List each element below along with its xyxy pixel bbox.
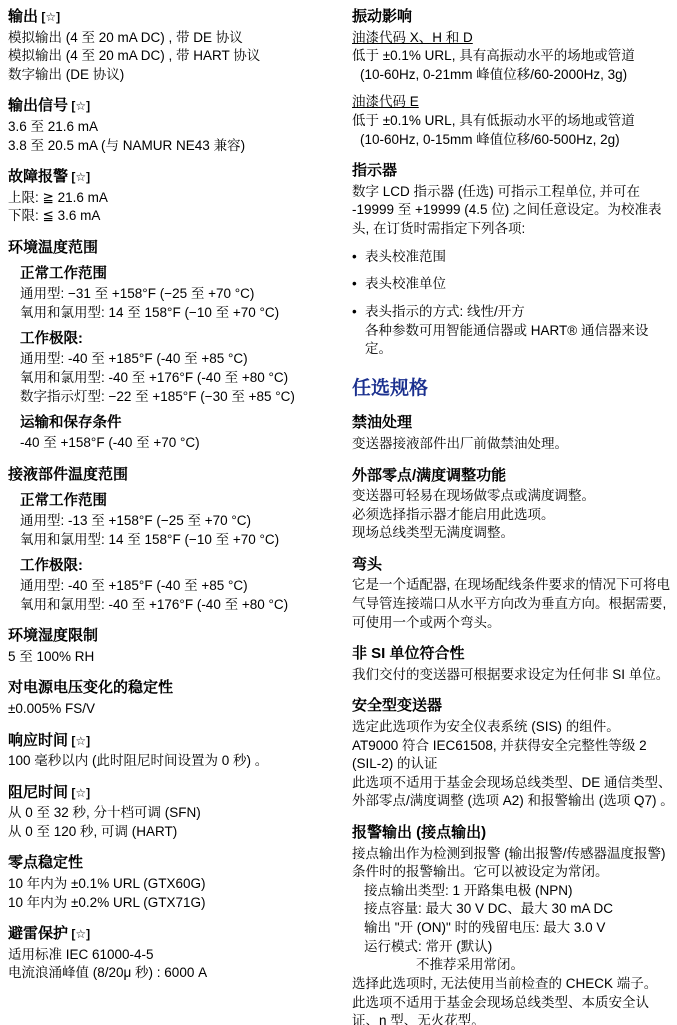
section-heading: 环境温度范围	[8, 238, 338, 258]
sub-heading: 正常工作范围	[8, 265, 338, 284]
star-icon: [☆]	[68, 927, 90, 941]
sub-heading: 工作极限:	[8, 330, 338, 349]
spec-line: 3.6 至 21.6 mA	[8, 118, 338, 137]
heading-text: 输出	[8, 8, 38, 25]
section-heading: 阻尼时间 [☆]	[8, 783, 338, 803]
spec-line: 低于 ±0.1% URL, 具有高振动水平的场地或管道	[352, 47, 675, 66]
section-heading: 弯头	[352, 555, 675, 575]
spec-line: 运行模式: 常开 (默认)	[352, 938, 675, 957]
spec-line: 下限: ≦ 3.6 mA	[8, 207, 338, 226]
spec-line: 氧用和氯用型: 14 至 158°F (−10 至 +70 °C)	[8, 531, 338, 550]
star-icon: [☆]	[68, 734, 90, 748]
section-heading: 输出 [☆]	[8, 7, 338, 27]
heading-text: 报警输出 (接点输出)	[352, 824, 486, 841]
bullet-text: 表头校准单位	[365, 275, 675, 294]
section-heading: 输出信号 [☆]	[8, 96, 338, 116]
spec-line: 输出 "开 (ON)" 时的残留电压: 最大 3.0 V	[352, 919, 675, 938]
spec-line: 油漆代码 E	[352, 93, 675, 112]
spec-line: 数字 LCD 指示器 (任选) 可指示工程单位, 并可在 -19999 至 +1…	[352, 183, 675, 239]
datasheet-page: 输出 [☆]模拟输出 (4 至 20 mA DC) , 带 DE 协议模拟输出 …	[0, 0, 677, 1025]
spec-line: 数字指示灯型: −22 至 +185°F (−30 至 +85 °C)	[8, 388, 338, 407]
spec-line: 模拟输出 (4 至 20 mA DC) , 带 HART 协议	[8, 47, 338, 66]
spec-line: 氧用和氯用型: -40 至 +176°F (-40 至 +80 °C)	[8, 369, 338, 388]
spec-line: 接点输出类型: 1 开路集电极 (NPN)	[352, 882, 675, 901]
spec-line: 通用型: -13 至 +158°F (−25 至 +70 °C)	[8, 512, 338, 531]
left-column: 输出 [☆]模拟输出 (4 至 20 mA DC) , 带 DE 协议模拟输出 …	[8, 7, 338, 1025]
heading-text: 响应时间	[8, 732, 68, 749]
section-heading: 指示器	[352, 161, 675, 181]
bullet-text: 表头指示的方式: 线性/开方	[365, 303, 675, 322]
star-icon: [☆]	[68, 170, 90, 184]
bullet-icon: •	[352, 303, 365, 322]
section-heading: 故障报警 [☆]	[8, 167, 338, 187]
spec-line: 必须选择指示器才能启用此选项。	[352, 506, 675, 525]
bullet-item: •表头校准单位	[352, 275, 675, 294]
spec-line: -40 至 +158°F (-40 至 +70 °C)	[8, 434, 338, 453]
heading-text: 故障报警	[8, 168, 68, 185]
spec-line: ±0.005% FS/V	[8, 700, 338, 719]
spec-line: 现场总线类型无满度调整。	[352, 524, 675, 543]
spec-line: 通用型: −31 至 +158°F (−25 至 +70 °C)	[8, 285, 338, 304]
spec-line: 此选项不适用于基金会现场总线类型、DE 通信类型、外部零点/满度调整 (选项 A…	[352, 774, 675, 811]
sub-heading: 运输和保存条件	[8, 414, 338, 433]
heading-text: 输出信号	[8, 97, 68, 114]
section-heading: 报警输出 (接点输出)	[352, 823, 675, 843]
spec-line: 选定此选项作为安全仪表系统 (SIS) 的组件。	[352, 718, 675, 737]
spec-line: 通用型: -40 至 +185°F (-40 至 +85 °C)	[8, 350, 338, 369]
spec-line: 5 至 100% RH	[8, 648, 338, 667]
sub-heading-text: 正常工作范围	[20, 266, 107, 282]
spec-line: 它是一个适配器, 在现场配线条件要求的情况下可将电气导管连接端口从水平方向改为垂…	[352, 576, 675, 632]
spec-line: 选择此选项时, 无法使用当前检查的 CHECK 端子。	[352, 975, 675, 994]
spec-line: 10 年内为 ±0.1% URL (GTX60G)	[8, 875, 338, 894]
heading-text: 阻尼时间	[8, 784, 68, 801]
spec-line: AT9000 符合 IEC61508, 并获得安全完整性等级 2 (SIL-2)…	[352, 737, 675, 774]
heading-text: 避雷保护	[8, 925, 68, 942]
spec-line: 接点容量: 最大 30 V DC、最大 30 mA DC	[352, 900, 675, 919]
spec-line: 从 0 至 120 秒, 可调 (HART)	[8, 823, 338, 842]
spec-line: 变送器可轻易在现场做零点或满度调整。	[352, 487, 675, 506]
sub-heading: 工作极限:	[8, 557, 338, 576]
spec-line: 100 毫秒以内 (此时阻尼时间设置为 0 秒) 。	[8, 752, 338, 771]
spec-line: 我们交付的变送器可根据要求设定为任何非 SI 单位。	[352, 666, 675, 685]
spec-line: 各种参数可用智能通信器或 HART® 通信器来设定。	[352, 322, 675, 359]
spec-line: 适用标准 IEC 61000-4-5	[8, 946, 338, 965]
section-heading: 环境湿度限制	[8, 626, 338, 646]
spec-line: 上限: ≧ 21.6 mA	[8, 189, 338, 208]
sub-heading: 正常工作范围	[8, 492, 338, 511]
star-icon: [☆]	[68, 99, 90, 113]
spec-line: 通用型: -40 至 +185°F (-40 至 +85 °C)	[8, 577, 338, 596]
spec-line: 接点输出作为检测到报警 (输出报警/传感器温度报警) 条件时的报警输出。它可以被…	[352, 845, 675, 882]
section-heading: 外部零点/满度调整功能	[352, 466, 675, 486]
section-heading: 对电源电压变化的稳定性	[8, 678, 338, 698]
spec-line: 氧用和氯用型: -40 至 +176°F (-40 至 +80 °C)	[8, 596, 338, 615]
heading-text: 振动影响	[352, 8, 412, 25]
spec-line: 变送器接液部件出厂前做禁油处理。	[352, 435, 675, 454]
sub-heading-text: 正常工作范围	[20, 493, 107, 509]
spec-line: 此选项不适用于基金会现场总线类型、本质安全认证、n 型、无火花型。	[352, 994, 675, 1025]
sub-heading-text: 工作极限:	[20, 331, 83, 347]
right-column: 振动影响油漆代码 X、H 和 D低于 ±0.1% URL, 具有高振动水平的场地…	[352, 7, 675, 1025]
star-icon: [☆]	[68, 786, 90, 800]
section-heading: 非 SI 单位符合性	[352, 644, 675, 664]
heading-text: 零点稳定性	[8, 854, 83, 871]
heading-text: 外部零点/满度调整功能	[352, 467, 506, 484]
spec-line: (10-60Hz, 0-15mm 峰值位移/60-500Hz, 2g)	[352, 131, 675, 150]
sub-heading-text: 工作极限:	[20, 558, 83, 574]
heading-text: 对电源电压变化的稳定性	[8, 679, 173, 696]
section-heading: 振动影响	[352, 7, 675, 27]
section-heading: 接液部件温度范围	[8, 465, 338, 485]
heading-text: 环境温度范围	[8, 239, 98, 256]
section-heading: 安全型变送器	[352, 696, 675, 716]
spec-line: 低于 ±0.1% URL, 具有低振动水平的场地或管道	[352, 112, 675, 131]
spec-line: 油漆代码 X、H 和 D	[352, 29, 675, 48]
section-heading: 避雷保护 [☆]	[8, 924, 338, 944]
heading-text: 非 SI 单位符合性	[352, 645, 465, 662]
section-title: 任选规格	[352, 377, 675, 402]
spec-line: 不推荐采用常闭。	[352, 956, 675, 975]
spec-line: 10 年内为 ±0.2% URL (GTX71G)	[8, 894, 338, 913]
bullet-icon: •	[352, 275, 365, 294]
spec-line: 从 0 至 32 秒, 分十档可调 (SFN)	[8, 804, 338, 823]
heading-text: 禁油处理	[352, 414, 412, 431]
section-heading: 禁油处理	[352, 413, 675, 433]
heading-text: 指示器	[352, 162, 397, 179]
heading-text: 接液部件温度范围	[8, 466, 128, 483]
sub-heading-text: 运输和保存条件	[20, 415, 122, 431]
bullet-item: •表头校准范围	[352, 248, 675, 267]
section-heading: 零点稳定性	[8, 853, 338, 873]
star-icon: [☆]	[38, 10, 60, 24]
heading-text: 安全型变送器	[352, 697, 442, 714]
section-heading: 响应时间 [☆]	[8, 731, 338, 751]
spec-line: 模拟输出 (4 至 20 mA DC) , 带 DE 协议	[8, 29, 338, 48]
spec-line: 氧用和氯用型: 14 至 158°F (−10 至 +70 °C)	[8, 304, 338, 323]
spec-line: 电流浪涌峰值 (8/20μ 秒) : 6000 A	[8, 964, 338, 983]
bullet-item: •表头指示的方式: 线性/开方	[352, 303, 675, 322]
spec-line: (10-60Hz, 0-21mm 峰值位移/60-2000Hz, 3g)	[352, 66, 675, 85]
heading-text: 环境湿度限制	[8, 627, 98, 644]
spec-line: 数字输出 (DE 协议)	[8, 66, 338, 85]
heading-text: 弯头	[352, 556, 382, 573]
bullet-icon: •	[352, 248, 365, 267]
bullet-text: 表头校准范围	[365, 248, 675, 267]
section-title-text: 任选规格	[352, 378, 428, 399]
spec-line: 3.8 至 20.5 mA (与 NAMUR NE43 兼容)	[8, 137, 338, 156]
